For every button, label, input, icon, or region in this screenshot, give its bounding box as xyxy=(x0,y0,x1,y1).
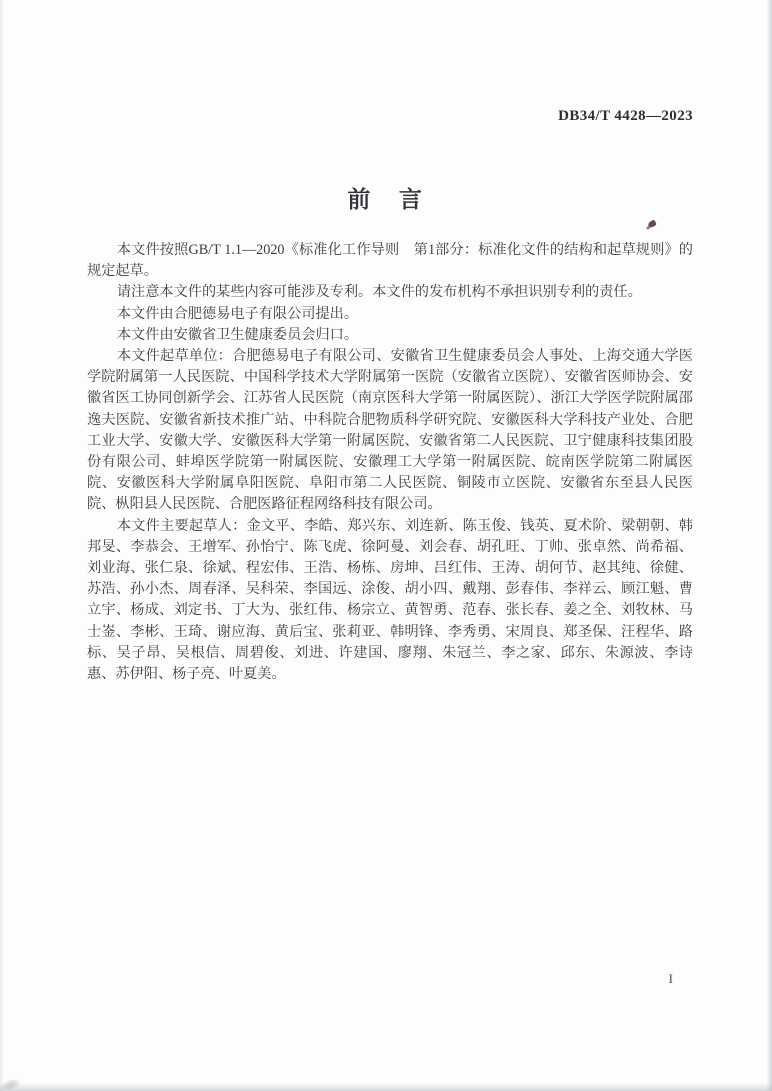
foreword-body: 本文件按照GB/T 1.1—2020《标准化工作导则 第1部分：标准化文件的结构… xyxy=(87,240,693,685)
page-number: I xyxy=(669,971,673,987)
scan-edge-right xyxy=(766,0,772,1091)
ink-mark xyxy=(647,219,657,228)
foreword-paragraph-drafting-organizations: 本文件起草单位：合肥德易电子有限公司、安徽省卫生健康委员会人事处、上海交通大学医… xyxy=(87,346,693,516)
page-title: 前 言 xyxy=(0,181,772,214)
foreword-paragraph-patent-notice: 请注意本文件的某些内容可能涉及专利。本文件的发布机构不承担识别专利的责任。 xyxy=(87,282,693,303)
foreword-paragraph-drafters: 本文件主要起草人：金文平、李皓、郑兴东、刘连新、陈玉俊、钱英、夏术阶、梁朝朝、韩… xyxy=(87,516,693,686)
foreword-paragraph-centralized-by: 本文件由安徽省卫生健康委员会归口。 xyxy=(87,325,693,346)
foreword-paragraph-proposer: 本文件由合肥德易电子有限公司提出。 xyxy=(87,304,693,325)
foreword-paragraph-basis: 本文件按照GB/T 1.1—2020《标准化工作导则 第1部分：标准化文件的结构… xyxy=(87,240,693,282)
scan-edge-bottom xyxy=(0,1083,772,1091)
scan-smudge xyxy=(1,1078,21,1091)
scanned-document-page: { "colors": { "page_background": "#fdfdf… xyxy=(0,0,772,1091)
doc-number: DB34/T 4428—2023 xyxy=(558,108,693,125)
scan-edge-left xyxy=(0,0,4,1091)
